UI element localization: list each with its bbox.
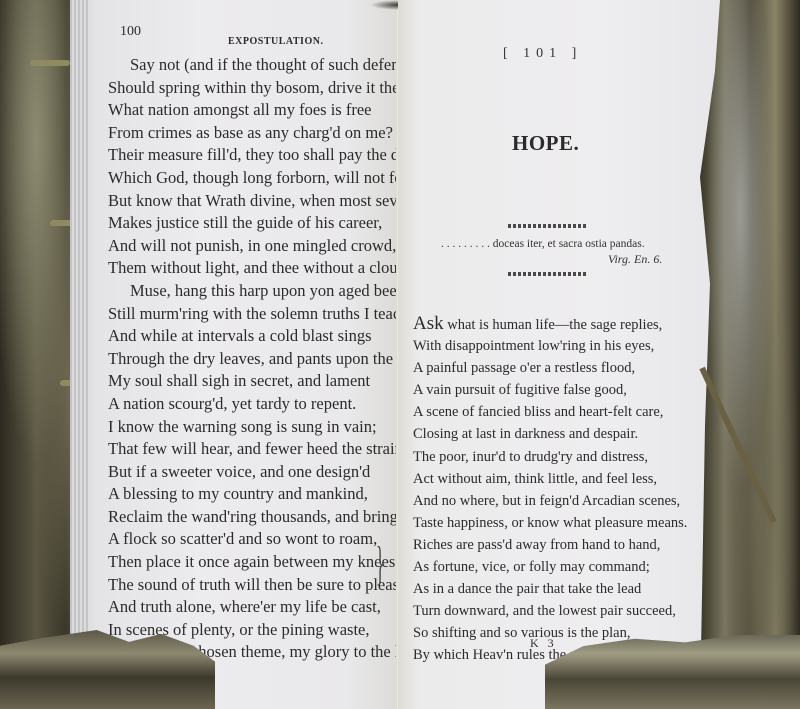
poem-line: Muse, hang this harp upon yon aged beech… [108,280,445,303]
page-number-left: 100 [120,24,141,40]
poem-line: From crimes as base as any charg'd on me… [108,122,445,145]
poem-hope: Ask what is human life—the sage replies,… [413,313,691,667]
ornament-rule [508,272,586,276]
poem-line: The poor, inur'd to drudg'ry and distres… [413,446,691,468]
poem-line: A painful passage o'er a restless flood, [413,357,691,379]
poem-line: Still murm'ring with the solemn truths I… [108,303,445,326]
poem-line: Then place it once again between my knee… [108,551,445,574]
epigraph-source: Virg. En. 6. [608,252,662,267]
open-book: 100 EXPOSTULATION. Say not (and if the t… [70,0,730,709]
poem-line-text: what is human life—the sage replies, [444,317,663,333]
poem-line: Taste happiness, or know what pleasure m… [413,512,691,534]
bookend-ornament [30,60,70,66]
poem-line: And truth alone, where'er my life be cas… [108,596,445,619]
poem-line: I know the warning song is sung in vain; [108,416,445,439]
signature-mark: K 3 [530,636,557,651]
poem-line: Closing at last in darkness and despair. [413,423,691,445]
poem-line: Makes justice still the guide of his car… [108,212,445,235]
poem-line: Turn downward, and the lowest pair succe… [413,600,691,622]
running-title: EXPOSTULATION. [228,36,323,47]
poem-line: A nation scourg'd, yet tardy to repent. [108,393,445,416]
poem-line: A blessing to my country and mankind, [108,483,445,506]
poem-line: Say not (and if the thought of such defe… [108,54,445,77]
epigraph: . . . . . . . . . doceas iter, et sacra … [441,238,645,250]
poem-line: As in a dance the pair that take the lea… [413,578,691,600]
poem-line: Ask what is human life—the sage replies, [413,313,691,335]
poem-line: That few will hear, and fewer heed the s… [108,438,445,461]
right-page: [ 101 ] HOPE. . . . . . . . . . doceas i… [398,0,738,709]
poem-line: Through the dry leaves, and pants upon t… [108,348,445,371]
poem-line: With disappointment low'ring in his eyes… [413,335,691,357]
ornament-rule [508,224,586,228]
left-page: 100 EXPOSTULATION. Say not (and if the t… [70,0,398,709]
poem-line: Should spring within thy bosom, drive it… [108,77,445,100]
poem-line: As fortune, vice, or folly may command; [413,556,691,578]
page-edges [70,0,88,709]
poem-line: But know that Wrath divine, when most se… [108,190,445,213]
poem-line: Them without light, and thee without a c… [108,257,445,280]
triplet-brace: } [376,540,384,588]
poem-line: And while at intervals a cold blast sing… [108,325,445,348]
poem-line: What nation amongst all my foes is free [108,99,445,122]
right-bookend [700,0,800,709]
chapter-title: HOPE. [512,131,579,156]
poem-line: A scene of fancied bliss and heart-felt … [413,401,691,423]
poem-line: Riches are pass'd away from hand to hand… [413,534,691,556]
poem-line: A vain pursuit of fugitive false good, [413,379,691,401]
poem-line: And will not punish, in one mingled crow… [108,235,445,258]
poem-line: My soul shall sigh in secret, and lament [108,370,445,393]
page-number-right: [ 101 ] [503,46,582,62]
poem-line: Which God, though long forborn, will not… [108,167,445,190]
poem-line: Reclaim the wand'ring thousands, and bri… [108,506,445,529]
poem-line: But if a sweeter voice, and one design'd [108,461,445,484]
poem-line: A flock so scatter'd and so wont to roam… [108,528,445,551]
poem-line: The sound of truth will then be sure to … [108,574,445,597]
initial-word: Ask [413,313,444,334]
poem-expostulation: Say not (and if the thought of such defe… [108,54,445,664]
poem-line: Their measure fill'd, they too shall pay… [108,144,445,167]
poem-line: And no where, but in feign'd Arcadian sc… [413,490,691,512]
poem-line: Act without aim, think little, and feel … [413,468,691,490]
